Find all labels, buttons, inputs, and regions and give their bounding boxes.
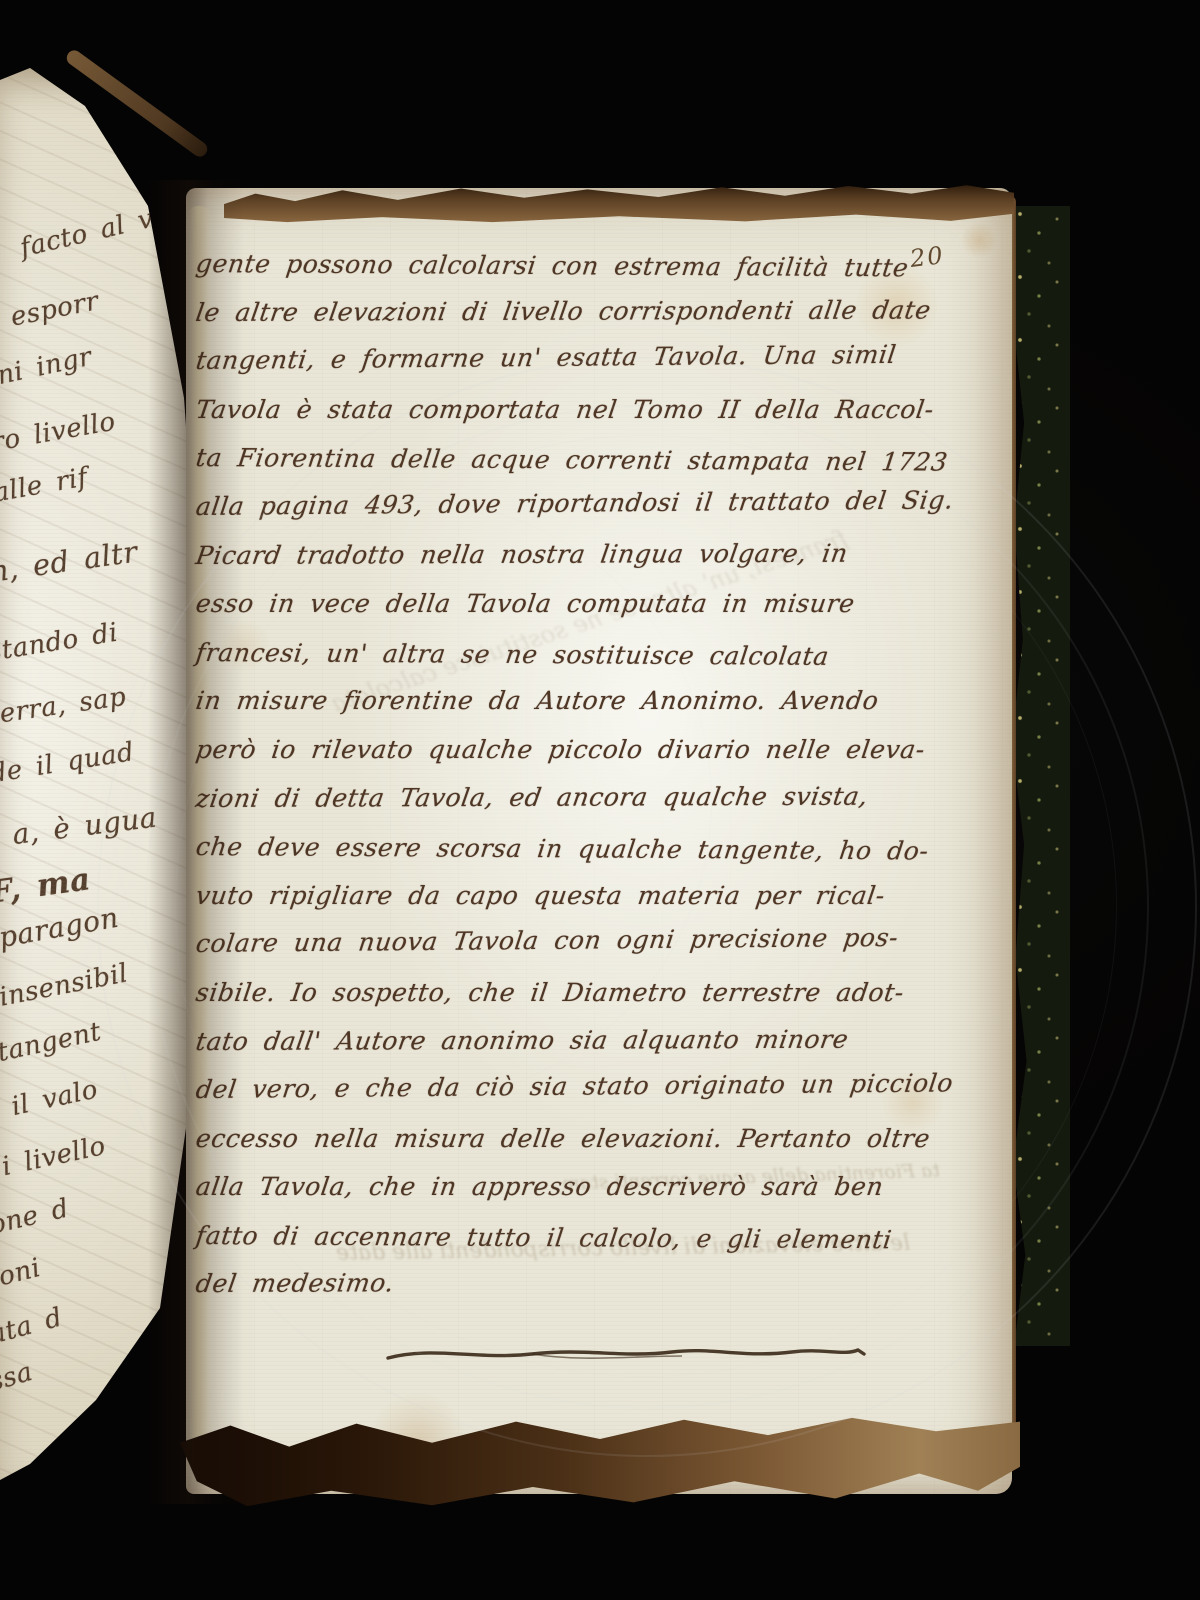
manuscript-line: francesi, un' altra se ne sostituisce ca…	[193, 629, 983, 682]
left-page-line-fragment: alla tangent	[0, 1017, 104, 1081]
left-page-line-fragment: ia, de il quad	[0, 737, 136, 797]
flourish-divider	[382, 1332, 868, 1376]
left-page-line-fragment: io A a, è ugua	[0, 801, 159, 861]
manuscript-line: Tavola è stata comportata nel Tomo II de…	[193, 386, 984, 435]
manuscript-line: sibile. Io sospetto, che il Diametro ter…	[193, 969, 984, 1018]
left-page-line-fragment: ato insensibil	[0, 958, 130, 1023]
manuscript-text-block: gente possono calcolarsi con estrema fac…	[196, 240, 980, 1330]
left-page-line-fragment: ora esporr	[0, 286, 101, 344]
manuscript-line: esso in vece della Tavola computata in m…	[193, 580, 984, 629]
manuscript-line: del vero, e che da ciò sia stato origina…	[193, 1059, 984, 1114]
manuscript-line: che deve essere scorsa in qualche tangen…	[193, 823, 983, 876]
manuscript-line: le altre elevazioni di livello corrispon…	[192, 286, 984, 337]
left-page-line-fragment: e stando di	[0, 618, 120, 673]
manuscript-line: colare una nuova Tavola con ogni precisi…	[193, 913, 984, 968]
manuscript-line: gente possono calcolarsi con estrema fac…	[193, 240, 983, 293]
left-page-line-fragment: F, ma	[0, 861, 93, 911]
manuscript-line: vuto ripigliare da capo questa materia p…	[193, 872, 984, 921]
left-page-line-fragment: ura, poni	[0, 1253, 44, 1313]
left-page-line-fragment: la terra, sap	[0, 682, 128, 736]
manuscript-line: tangenti, e formarne un' esatta Tavola. …	[193, 330, 984, 385]
left-page-line-fragment: alni ingr	[0, 342, 95, 396]
left-page-line-fragment: dalle rif	[0, 462, 90, 511]
manuscript-line: zioni di detta Tavola, ed ancora qualche…	[192, 772, 984, 823]
left-page-line-fragment: evazione d	[0, 1193, 72, 1256]
book-cover-marbled-edge	[1008, 206, 1070, 1346]
manuscript-line: tato dall' Autore anonimo sia alquanto m…	[192, 1015, 984, 1066]
manuscript-photo: facto al vero li ora esporr alni ingr ve…	[0, 0, 1200, 1600]
manuscript-line: però io rilevato qualche piccolo divario…	[193, 726, 984, 775]
left-page-line-fragment: vero livello	[0, 407, 118, 464]
manuscript-line: in misure fiorentine da Autore Anonimo. …	[193, 677, 984, 726]
left-page-line-fragment: am paragon	[0, 901, 121, 965]
manuscript-line: Picard tradotto nella nostra lingua volg…	[192, 529, 984, 580]
manuscript-line: alla Tavola, che in appresso descriverò …	[193, 1163, 984, 1212]
left-page-line-fragment: one di livello	[0, 1131, 108, 1199]
left-page-line-fragment: remo il valo	[0, 1075, 101, 1140]
left-page-line-fragment: bn, ed altr	[0, 534, 140, 591]
manuscript-line: alla pagina 493, dove riportandosi il tr…	[193, 476, 984, 531]
page-number: 20	[908, 241, 946, 273]
manuscript-line: eccesso nella misura delle elevazioni. P…	[193, 1115, 984, 1164]
left-page-line-fragment: la grossa	[0, 1357, 36, 1421]
manuscript-line: del medesimo.	[192, 1258, 984, 1309]
